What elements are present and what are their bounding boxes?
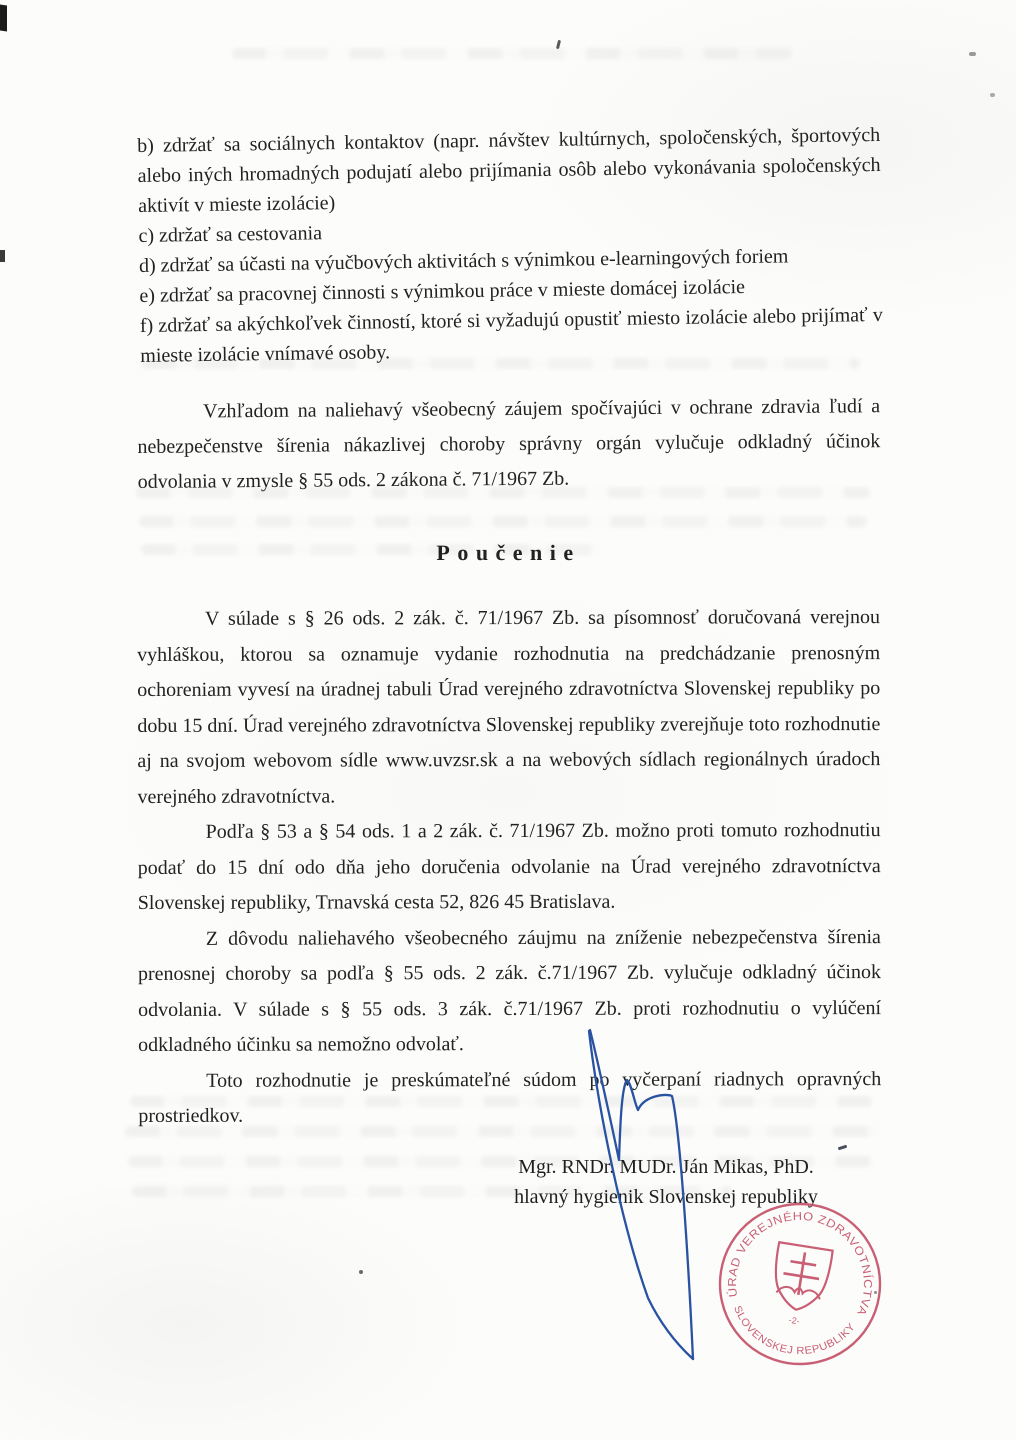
obligation-list: b) zdržať sa sociálnych kontaktov (napr.… xyxy=(137,120,883,371)
list-item-b: b) zdržať sa sociálnych kontaktov (napr.… xyxy=(137,120,881,221)
pen-tick-artifact xyxy=(838,1145,847,1151)
stamp-ring-bottom-text: SLOVENSKEJ REPUBLIKY xyxy=(725,1302,859,1366)
scan-artifact xyxy=(0,5,7,32)
appeal-exclusion-paragraph: Vzhľadom na naliehavý všeobecný záujem s… xyxy=(137,389,881,500)
paragraph-court-review: Toto rozhodnutie je preskúmateľné súdom … xyxy=(138,1062,881,1135)
list-item-f: f) zdržať sa akýchkoľvek činností, ktoré… xyxy=(140,300,884,371)
instruction-paragraphs: V súlade s § 26 ods. 2 zák. č. 71/1967 Z… xyxy=(137,600,881,1134)
official-round-stamp: ÚRAD VEREJNÉHO ZDRAVOTNÍCTVA SLOVENSKEJ … xyxy=(699,1183,900,1384)
scan-artifact xyxy=(0,250,5,262)
section-heading-poucenie: Poučenie xyxy=(137,540,880,566)
bleed-through-artifact xyxy=(232,48,792,59)
paragraph-public-notice: V súlade s § 26 ods. 2 zák. č. 71/1967 Z… xyxy=(137,600,881,815)
paragraph-appeal-right: Podľa § 53 a § 54 ods. 1 a 2 zák. č. 71/… xyxy=(138,813,881,921)
scan-artifact xyxy=(556,40,561,49)
signatory-name: Mgr. RNDr. MUDr. Ján Mikas, PhD. xyxy=(496,1152,836,1182)
scan-artifact xyxy=(990,93,995,97)
paragraph-suspensive-effect: Z dôvodu naliehavého všeobecného záujmu … xyxy=(138,920,881,1064)
document-body: b) zdržať sa sociálnych kontaktov (napr.… xyxy=(137,131,880,1135)
scan-artifact xyxy=(359,1270,363,1274)
scan-artifact xyxy=(969,52,976,56)
scanned-document-page: b) zdržať sa sociálnych kontaktov (napr.… xyxy=(0,0,1016,1440)
stamp-center-mark: -2- xyxy=(788,1315,800,1327)
